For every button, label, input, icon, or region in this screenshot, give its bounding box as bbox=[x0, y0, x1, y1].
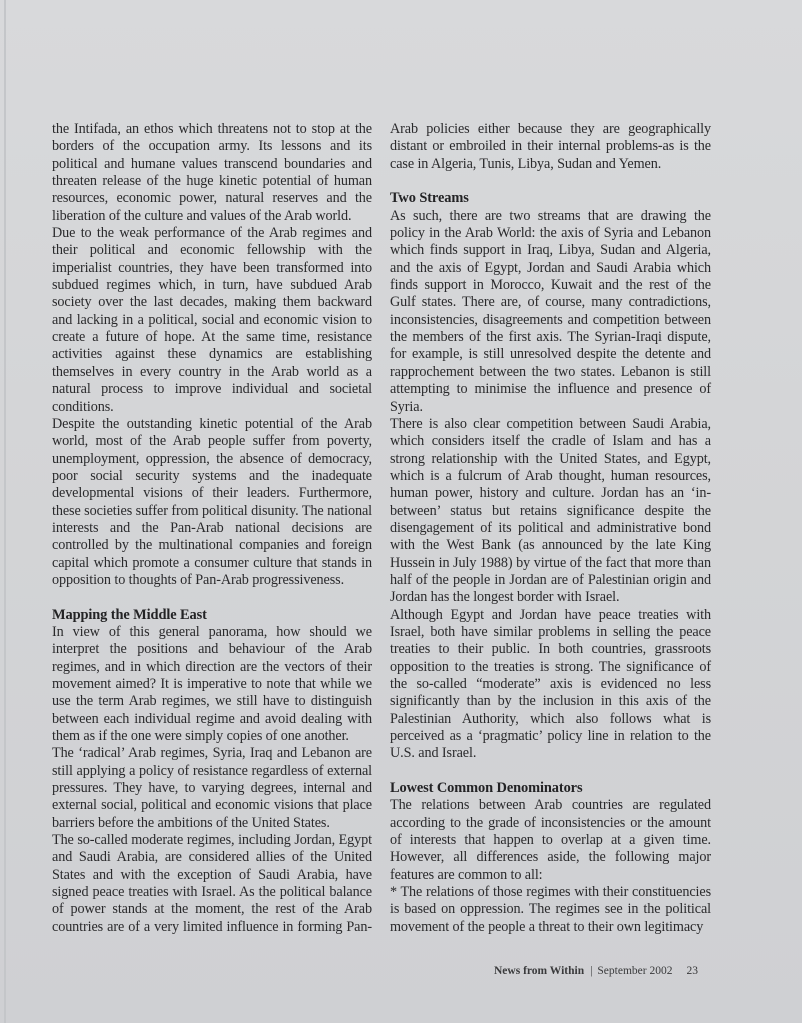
section-heading-two-streams: Two Streams bbox=[390, 190, 711, 207]
paragraph-continuation: Arab policies either because they are ge… bbox=[390, 121, 711, 173]
section-spacer bbox=[52, 589, 372, 606]
paragraph: The ‘radical’ Arab regimes, Syria, Iraq … bbox=[52, 745, 372, 832]
footer-separator: | bbox=[590, 965, 592, 977]
right-column: Arab policies either because they are ge… bbox=[390, 121, 711, 936]
paragraph: Although Egypt and Jordan have peace tre… bbox=[390, 607, 711, 763]
section-spacer bbox=[390, 173, 711, 190]
paragraph: The relations between Arab countries are… bbox=[390, 797, 711, 884]
section-heading-lowest-common-denominators: Lowest Common Denominators bbox=[390, 780, 711, 797]
issue-date: September 2002 bbox=[597, 965, 672, 977]
paragraph: The so-called moderate regimes, includin… bbox=[52, 832, 372, 936]
page-footer: News from Within|September 200223 bbox=[494, 965, 698, 977]
paragraph: In view of this general panorama, how sh… bbox=[52, 624, 372, 745]
paragraph: As such, there are two streams that are … bbox=[390, 208, 711, 416]
page-number: 23 bbox=[686, 965, 698, 977]
paragraph: There is also clear competition between … bbox=[390, 416, 711, 607]
page-edge bbox=[4, 0, 6, 1023]
section-heading-mapping: Mapping the Middle East bbox=[52, 607, 372, 624]
paragraph: the Intifada, an ethos which threatens n… bbox=[52, 121, 372, 225]
bullet-paragraph: * The relations of those regimes with th… bbox=[390, 884, 711, 936]
section-spacer bbox=[390, 763, 711, 780]
paragraph: Despite the outstanding kinetic potentia… bbox=[52, 416, 372, 589]
left-column: the Intifada, an ethos which threatens n… bbox=[52, 121, 372, 936]
paragraph: Due to the weak performance of the Arab … bbox=[52, 225, 372, 416]
publication-name: News from Within bbox=[494, 965, 584, 977]
